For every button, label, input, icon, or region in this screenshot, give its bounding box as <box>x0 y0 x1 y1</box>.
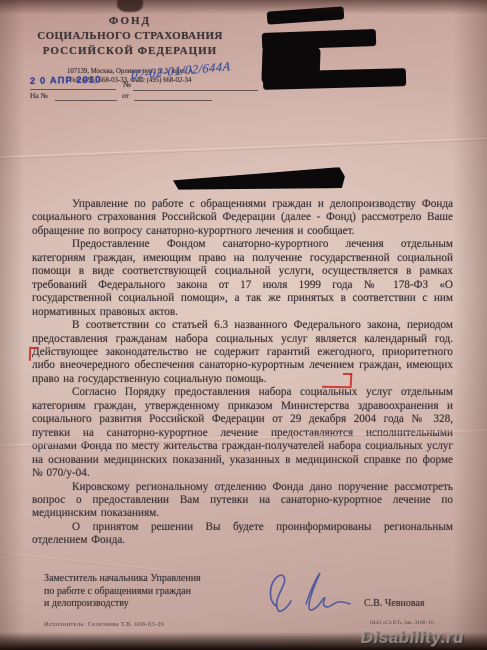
redaction-salutation <box>173 167 346 194</box>
paragraph-kirov-branch: Кировскому региональному отделению Фонда… <box>32 481 453 521</box>
reference-number-label: На № <box>30 91 48 100</box>
paragraph-decision-notice: О принятом решении Вы будете проинформир… <box>32 521 453 548</box>
photographed-letter: ФОНД СОЦИАЛЬНОГО СТРАХОВАНИЯ РОССИЙСКОЙ … <box>0 0 487 650</box>
red-pen-close-bracket-top <box>343 373 352 375</box>
paragraph-article-63: В соответствии со статьей 6.3 названного… <box>32 319 453 386</box>
red-pen-open-bracket <box>29 347 38 361</box>
letter-body: Управление по работе с обращениями гражд… <box>32 198 453 548</box>
signer-role-line2: по работе с обращениями граждан <box>44 586 244 599</box>
handwritten-signature <box>262 570 354 620</box>
reference-date-underline <box>134 100 212 101</box>
executor-line: Исполнитель: Селезнева Т.В. 668-03-26 <box>44 621 164 628</box>
signer-role-line1: Заместитель начальника Управления <box>44 573 244 586</box>
signer-role-block: Заместитель начальника Управления по раб… <box>44 573 244 611</box>
paragraph-order-328: Согласно Порядку предоставления набора с… <box>32 386 453 480</box>
paragraph-intro: Управление по работе с обращениями гражд… <box>32 198 453 238</box>
date-underline <box>30 89 116 90</box>
redaction-addressee-line1 <box>267 6 345 24</box>
paper-fold-crease-top <box>0 137 487 160</box>
redaction-addressee-line3 <box>263 68 406 90</box>
org-name-line2: СОЦИАЛЬНОГО СТРАХОВАНИЯ <box>18 29 242 44</box>
org-name-line1: ФОНД <box>18 14 242 29</box>
reference-number-underline <box>55 100 117 101</box>
letterhead: ФОНД СОЦИАЛЬНОГО СТРАХОВАНИЯ РОССИЙСКОЙ … <box>18 14 242 59</box>
org-name-line3: РОССИЙСКОЙ ФЕДЕРАЦИИ <box>18 44 242 59</box>
signer-name: С.В. Чевновая <box>364 598 424 609</box>
paragraph-article-63-sentence1: В соответствии со статьей 6.3 названного… <box>32 319 453 344</box>
number-sign: № <box>123 79 131 89</box>
disability-ru-watermark: Disability.ru <box>361 628 464 648</box>
number-underline <box>133 90 258 91</box>
coat-of-arms-emblem <box>117 0 143 12</box>
paper-fold-crease-bottom <box>0 549 180 573</box>
signer-role-line3: и делопроизводству <box>44 598 244 611</box>
paragraph-law-178fz: Предоставление Фондом санаторно-курортно… <box>32 238 453 319</box>
date-stamp: 2 0 АПР 2010 <box>30 74 122 87</box>
reference-date-label: от <box>122 91 129 100</box>
paragraph-article-63-sentence2-red-marked: Действующее законодательство не содержит… <box>32 346 453 385</box>
print-shop-info: 0443 «СЗ КТ» Зак. 3108–10 <box>370 620 434 626</box>
